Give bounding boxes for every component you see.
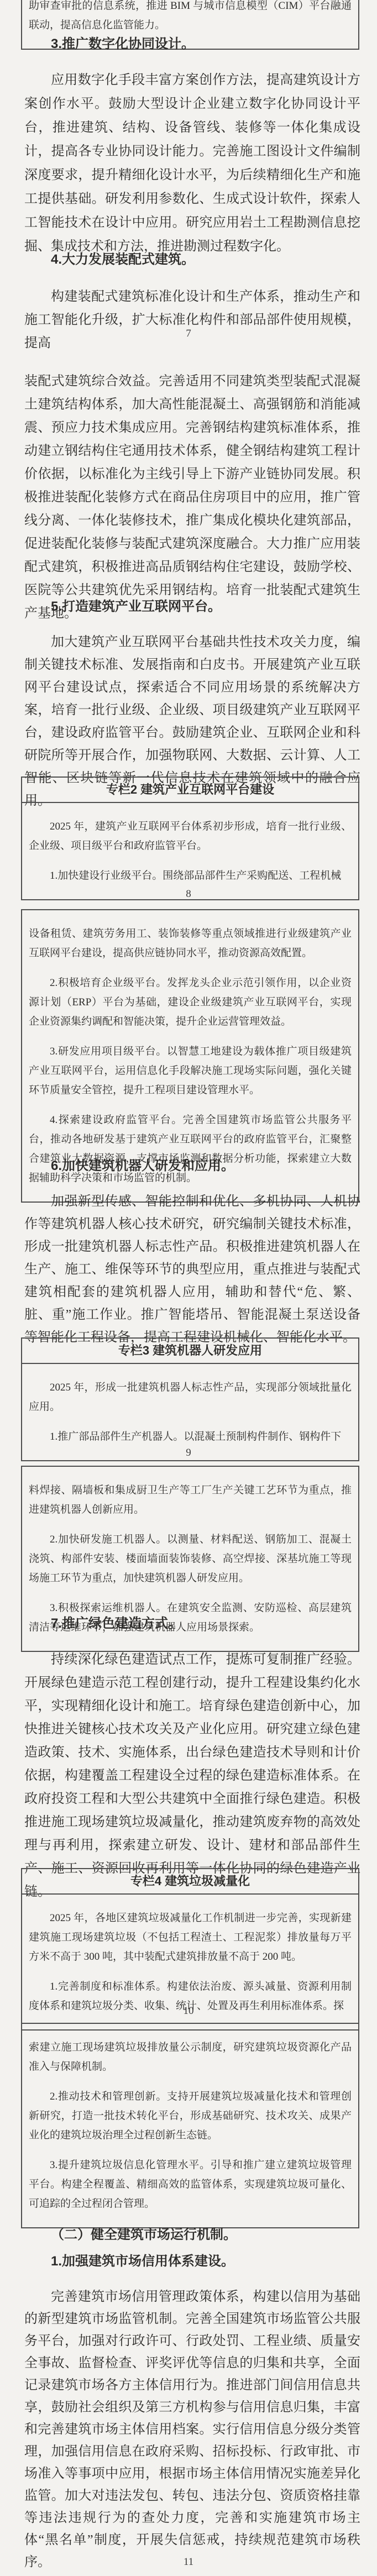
section-heading-5: 5.打造建筑产业互联网平台。: [24, 595, 360, 618]
paragraph-s7: 持续深化绿色建造试点工作，提炼可复制推广经验。开展绿色建造示范工程创建行动，提升…: [24, 1648, 360, 1903]
callout-box-3-part1: 专栏3 建筑机器人研发应用 2025 年，形成一批建筑机器人标志性产品，实现部分…: [21, 1337, 359, 1461]
callout-box-2-part1: 专栏2 建筑产业互联网平台建设 2025 年，建筑产业互联网平台体系初步形成，培…: [21, 777, 359, 900]
box-paragraph: 助审查审批的信息系统，推进 BIM 与城市信息模型（CIM）平台融通联动，提高信…: [29, 0, 352, 35]
callout-box-2-part1-body: 2025 年，建筑产业互联网平台体系初步形成，培育一批行业级、企业级、项目级平台…: [22, 803, 358, 899]
box-paragraph: 2.积极培育企业级平台。发挥龙头企业示范引领作用，以企业资源计划（ERP）平台为…: [29, 973, 352, 1031]
box-paragraph: 3.提升建筑垃圾信息化管理水平。引导和推广建立建筑垃圾管理平台。构建全程覆盖、精…: [29, 2155, 352, 2213]
box-paragraph: 2025 年，建筑产业互联网平台体系初步形成，培育一批行业级、企业级、项目级平台…: [29, 817, 352, 856]
section-heading-7: 7.推广绿色建造方式。: [24, 1612, 360, 1635]
page-number-10: 10: [0, 2003, 377, 2019]
paragraph-s4-part1: 构建装配式建筑标准化设计和生产体系，推动生产和施工智能化升级，扩大标准化构件和部…: [24, 285, 360, 355]
paragraph-s4-part2: 装配式建筑综合效益。完善适用不同建筑类型装配式混凝土建筑结构体系，加大高性能混凝…: [24, 370, 360, 625]
page-number-7: 7: [0, 326, 377, 342]
document-scan-page: 助审查审批的信息系统，推进 BIM 与城市信息模型（CIM）平台融通联动，提高信…: [0, 0, 377, 2576]
section-heading-2-market: （二）健全建筑市场运行机制。: [24, 2223, 360, 2247]
section-heading-4: 4.大力发展装配式建筑。: [24, 248, 360, 271]
callout-box-3-title: 专栏3 建筑机器人研发应用: [22, 1339, 358, 1364]
callout-box-4-part2: 索建立施工现场建筑垃圾排放量公示制度，研究建筑垃圾资源化产品准入与保障机制。 2…: [21, 2023, 359, 2228]
page-number-8: 8: [0, 886, 377, 902]
section-heading-credit: 1.加强建筑市场信用体系建设。: [24, 2249, 360, 2273]
callout-box-4-title: 专栏4 建筑垃圾减量化: [22, 1869, 358, 1895]
box-paragraph: 2.推动技术和管理创新。支持开展建筑垃圾减量化技术和管理创新研究，打造一批技术转…: [29, 2087, 352, 2145]
section-heading-3: 3.推广数字化协同设计。: [24, 32, 360, 56]
box-paragraph: 1.加快建设行业级平台。围绕部品部件生产采购配送、工程机械: [29, 866, 352, 885]
box-paragraph: 料焊接、隔墙板和集成厨卫生产等工厂生产关键工艺环节为重点，推进建筑机器人创新应用…: [29, 1481, 352, 1519]
paragraph-s6: 加强新型传感、智能控制和优化、多机协同、人机协作等建筑机器人核心技术研究，研究编…: [24, 1190, 360, 1349]
section-heading-6: 6.加快建筑机器人研发和应用。: [24, 1154, 360, 1178]
page-number-9: 9: [0, 1445, 377, 1461]
box-paragraph: 设备租赁、建筑劳务用工、装饰装修等重点领域推进行业级建筑产业互联网平台建设，提高…: [29, 924, 352, 963]
paragraph-s3: 应用数字化手段丰富方案创作方法，提高建筑设计方案创作水平。鼓励大型设计企业建立数…: [24, 69, 360, 259]
page-number-11: 11: [0, 2554, 377, 2570]
callout-box-2-title: 专栏2 建筑产业互联网平台建设: [22, 778, 358, 803]
box-paragraph: 2.加快研发施工机器人。以测量、材料配送、钢筋加工、混凝土浇筑、构部件安装、楼面…: [29, 1530, 352, 1588]
box-paragraph: 2025 年，形成一批建筑机器人标志性产品，实现部分领域批量化应用。: [29, 1378, 352, 1416]
box-paragraph: 2025 年，各地区建筑垃圾减量化工作机制进一步完善，实现新建建筑施工现场建筑垃…: [29, 1908, 352, 1966]
paragraph-credit: 完善建筑市场信用管理政策体系，构建以信用为基础的新型建筑市场监管机制。完善全国建…: [24, 2286, 360, 2573]
box-paragraph: 1.推广部品部件生产机器人。以混凝土预制构件制作、钢构件下: [29, 1427, 352, 1446]
box-paragraph: 3.研发应用项目级平台。以智慧工地建设为载体推广项目级建筑产业互联网平台，运用信…: [29, 1042, 352, 1100]
callout-box-4-part2-body: 索建立施工现场建筑垃圾排放量公示制度，研究建筑垃圾资源化产品准入与保障机制。 2…: [22, 2024, 358, 2227]
box-paragraph: 索建立施工现场建筑垃圾排放量公示制度，研究建筑垃圾资源化产品准入与保障机制。: [29, 2038, 352, 2076]
